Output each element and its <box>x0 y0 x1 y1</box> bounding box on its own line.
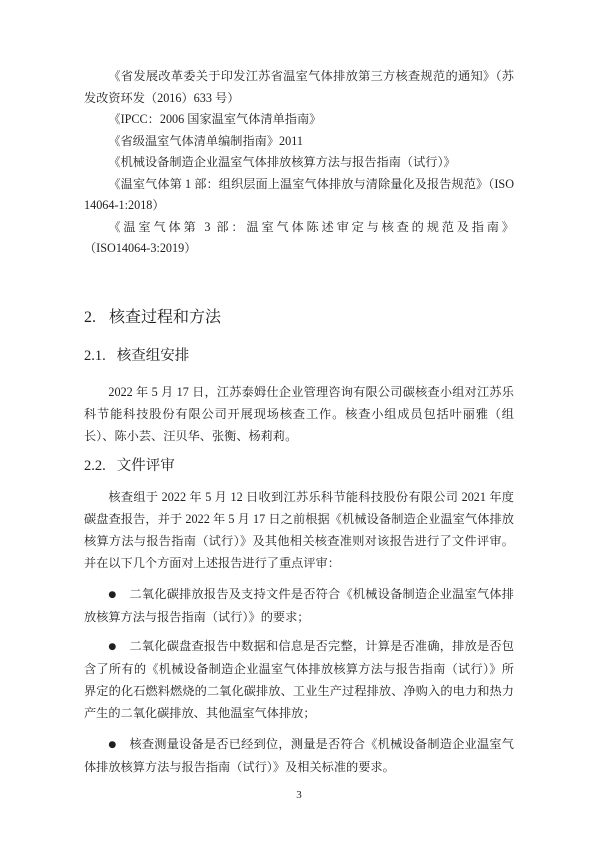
subsection-heading-2-1: 2.1.核查组安排 <box>84 345 514 367</box>
subsection-number: 2.2. <box>84 458 106 474</box>
reference-item: 《机械设备制造企业温室气体排放核算方法与报告指南（试行）》 <box>84 152 514 174</box>
reference-item: 《省发展改革委关于印发江苏省温室气体排放第三方核查规范的通知》（苏发改资环发（2… <box>84 66 514 109</box>
section-title: 核查过程和方法 <box>109 309 221 326</box>
bullet-text: 二氧化碳盘查报告中数据和信息是否完整，计算是否准确，排放是否包含了所有的《机械设… <box>84 639 514 720</box>
reference-item: 《温室气体第 3 部：温室气体陈述审定与核查的规范及指南》（ISO14064‑3… <box>84 217 514 260</box>
bullet-text: 二氧化碳排放报告及支持文件是否符合《机械设备制造企业温室气体排放核算方法与报告指… <box>84 587 514 624</box>
subsection-title: 文件评审 <box>117 458 175 474</box>
document-page: 《省发展改革委关于印发江苏省温室气体排放第三方核查规范的通知》（苏发改资环发（2… <box>0 0 600 849</box>
bullet-icon: ● <box>108 590 116 600</box>
bullet-item: ●二氧化碳排放报告及支持文件是否符合《机械设备制造企业温室气体排放核算方法与报告… <box>84 583 514 628</box>
bullet-icon: ● <box>108 642 116 652</box>
subsection-number: 2.1. <box>84 348 106 364</box>
reference-item: 《温室气体第 1 部：组织层面上温室气体排放与清除量化及报告规范》（ISO 14… <box>84 174 514 217</box>
section-number: 2. <box>84 309 96 326</box>
page-footer: 3 <box>84 788 514 802</box>
bullet-item: ●核查测量设备是否已经到位，测量是否符合《机械设备制造企业温室气体排放核算方法与… <box>84 733 514 778</box>
paragraph-document-review: 核查组于 2022 年 5 月 12 日收到江苏乐科节能科技股份有限公司 202… <box>84 486 514 574</box>
reference-item: 《省级温室气体清单编制指南》2011 <box>84 131 514 153</box>
subsection-heading-2-2: 2.2.文件评审 <box>84 455 514 477</box>
bullet-item: ●二氧化碳盘查报告中数据和信息是否完整，计算是否准确，排放是否包含了所有的《机械… <box>84 635 514 724</box>
paragraph-verification-team: 2022 年 5 月 17 日，江苏泰姆仕企业管理咨询有限公司碳核查小组对江苏乐… <box>84 381 514 447</box>
bullet-text: 核查测量设备是否已经到位，测量是否符合《机械设备制造企业温室气体排放核算方法与报… <box>84 737 514 774</box>
reference-list: 《省发展改革委关于印发江苏省温室气体排放第三方核查规范的通知》（苏发改资环发（2… <box>84 66 514 260</box>
subsection-title: 核查组安排 <box>117 348 190 364</box>
section-heading: 2.核查过程和方法 <box>84 306 514 330</box>
page-number: 3 <box>296 789 302 801</box>
reference-item: 《IPCC：2006 国家温室气体清单指南》 <box>84 109 514 131</box>
bullet-icon: ● <box>108 740 116 750</box>
